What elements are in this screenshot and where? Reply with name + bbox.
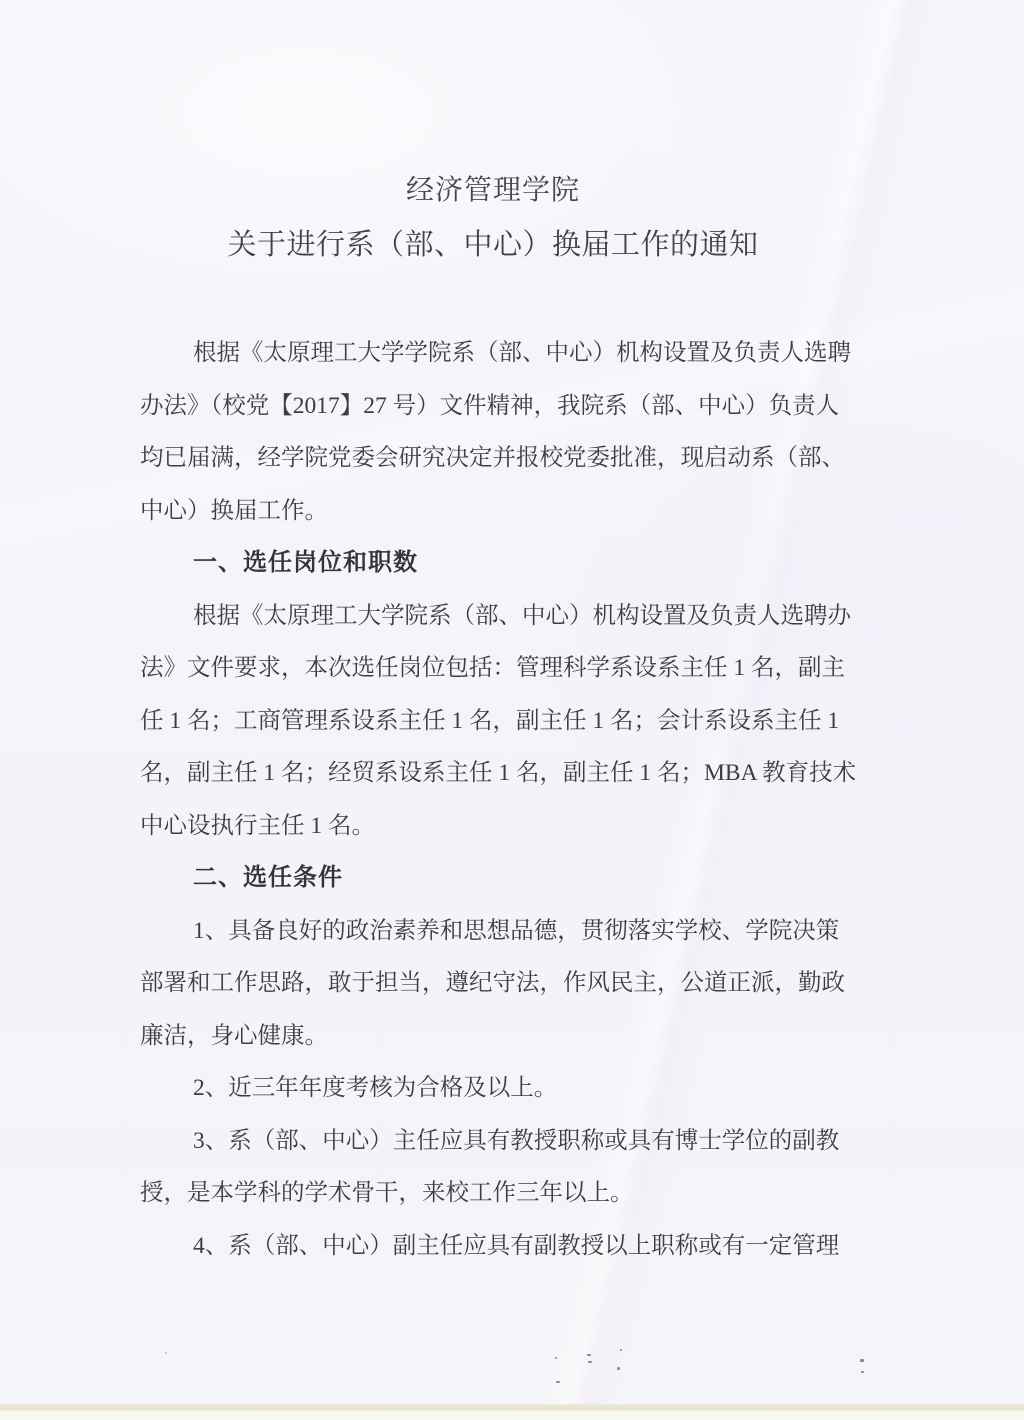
document-body: 根据《太原理工大学学院系（部、中心）机构设置及负责人选聘 办法》（校党【2017…	[140, 327, 846, 1272]
body-line: 任 1 名；工商管理系设系主任 1 名，副主任 1 名；会计系设系主任 1	[140, 695, 846, 748]
scan-speck	[617, 1367, 620, 1370]
body-line: 3、系（部、中心）主任应具有教授职称或具有博士学位的副教	[140, 1115, 846, 1168]
body-line: 1、具备良好的政治素养和思想品德，贯彻落实学校、学院决策	[140, 905, 846, 958]
body-line: 2、近三年年度考核为合格及以上。	[140, 1062, 846, 1115]
body-line: 廉洁，身心健康。	[140, 1010, 846, 1063]
body-line: 办法》（校党【2017】27 号）文件精神，我院系（部、中心）负责人	[140, 380, 846, 433]
body-line: 根据《太原理工大学学院系（部、中心）机构设置及负责人选聘	[140, 327, 846, 380]
scan-speck	[588, 1361, 592, 1363]
scan-speck	[165, 1352, 167, 1354]
scanned-page: 经济管理学院 关于进行系（部、中心）换届工作的通知 根据《太原理工大学学院系（部…	[0, 0, 1024, 1420]
body-line: 根据《太原理工大学院系（部、中心）机构设置及负责人选聘办	[140, 590, 846, 643]
section-heading: 二、选任条件	[140, 852, 846, 905]
body-line: 法》文件要求，本次选任岗位包括：管理科学系设系主任 1 名，副主	[140, 642, 846, 695]
document-subtitle: 关于进行系（部、中心）换届工作的通知	[140, 225, 846, 265]
document-content: 经济管理学院 关于进行系（部、中心）换届工作的通知 根据《太原理工大学学院系（部…	[140, 0, 846, 1272]
body-line: 部署和工作思路，敢于担当，遵纪守法，作风民主，公道正派，勤政	[140, 957, 846, 1010]
page-bottom-margin	[0, 1411, 1024, 1420]
body-line: 授，是本学科的学术骨干，来校工作三年以上。	[140, 1167, 846, 1220]
body-line: 4、系（部、中心）副主任应具有副教授以上职称或有一定管理	[140, 1220, 846, 1273]
body-line: 中心设执行主任 1 名。	[140, 800, 846, 853]
scan-speck	[556, 1381, 560, 1383]
body-line: 名，副主任 1 名；经贸系设系主任 1 名，副主任 1 名；MBA 教育技术	[140, 747, 846, 800]
scan-speck	[555, 1357, 557, 1359]
body-line: 中心）换届工作。	[140, 485, 846, 538]
page-bottom-edge	[0, 1404, 1024, 1411]
scan-speck	[860, 1359, 864, 1362]
body-line: 均已届满，经学院党委会研究决定并报校党委批准，现启动系（部、	[140, 432, 846, 485]
document-title: 经济管理学院	[140, 171, 846, 211]
scan-speck	[861, 1371, 864, 1373]
scan-speck	[587, 1354, 591, 1356]
scan-speck	[620, 1349, 622, 1351]
section-heading: 一、选任岗位和职数	[140, 537, 846, 590]
